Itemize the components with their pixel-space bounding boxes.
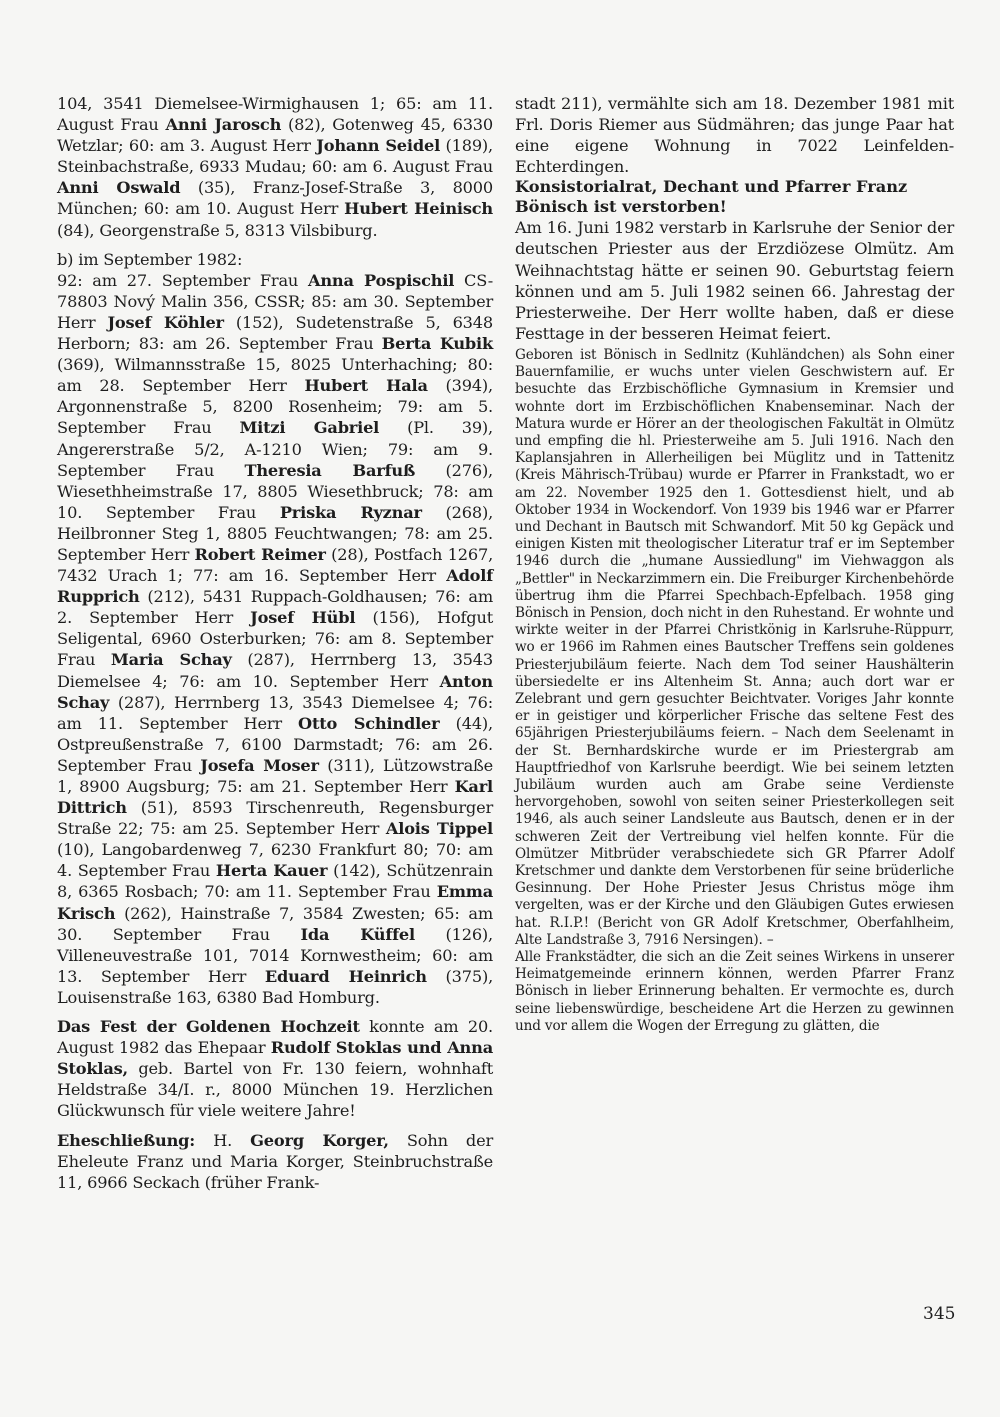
bold-name: Maria Schay <box>111 650 232 669</box>
bold-name: Theresia Barfuß <box>245 461 416 480</box>
marriage-notice: Eheschließung: H. Georg Korger, Sohn der… <box>57 1130 493 1193</box>
september-heading: b) im September 1982: <box>57 249 493 270</box>
page-number: 345 <box>923 1304 955 1324</box>
bold-name: Emma Krisch <box>57 882 493 922</box>
bold-name: Anni Jarosch <box>166 115 282 134</box>
bold-name: Rudolf Stoklas und Anna Stoklas, <box>57 1038 493 1078</box>
bold-name: Karl Dittrich <box>57 777 493 817</box>
august-birthdays-continued: 104, 3541 Diemelsee-Wirmighausen 1; 65: … <box>57 93 493 241</box>
bold-name: Hubert Heinisch <box>344 199 493 218</box>
bold-name: Robert Reimer <box>195 545 326 564</box>
bold-name: Anna Pospischil <box>308 271 454 290</box>
bold-name: Josefa Moser <box>200 756 319 775</box>
september-birthdays: 92: am 27. September Frau Anna Pospischi… <box>57 270 493 1008</box>
bold-name: Josef Hübl <box>250 608 355 627</box>
bold-name: Priska Ryznar <box>280 503 422 522</box>
marriage-notice-continued: stadt 211), vermählte sich am 18. Dezemb… <box>515 93 954 177</box>
obituary-intro: Am 16. Juni 1982 verstarb in Karlsruhe d… <box>515 217 954 344</box>
left-column: 104, 3541 Diemelsee-Wirmighausen 1; 65: … <box>57 93 493 1193</box>
golden-wedding-notice: Das Fest der Goldenen Hochzeit konnte am… <box>57 1016 493 1121</box>
bold-name: Eduard Heinrich <box>265 967 427 986</box>
bold-name: Das Fest der Goldenen Hochzeit <box>57 1017 360 1036</box>
obituary-heading: Konsistorialrat, Dechant und Pfarrer Fra… <box>515 177 954 217</box>
bold-name: Hubert Hala <box>304 376 427 395</box>
bold-name: Josef Köhler <box>107 313 223 332</box>
bold-name: Alois Tippel <box>386 819 493 838</box>
right-column: stadt 211), vermählte sich am 18. Dezemb… <box>515 93 954 1035</box>
bold-name: Berta Kubik <box>382 334 493 353</box>
bold-name: Otto Schindler <box>298 714 439 733</box>
bold-name: Anton Schay <box>57 672 493 712</box>
bold-name: Eheschließung: <box>57 1131 195 1150</box>
bold-name: Herta Kauer <box>216 861 327 880</box>
bold-name: Ida Küffel <box>300 925 415 944</box>
obituary-closing: Alle Frankstädter, die sich an die Zeit … <box>515 949 954 1035</box>
bold-name: Georg Korger, <box>250 1131 389 1150</box>
bold-name: Anni Oswald <box>57 178 180 197</box>
bold-name: Mitzi Gabriel <box>239 418 379 437</box>
bold-name: Adolf Rupprich <box>57 566 493 606</box>
bold-name: Johann Seidel <box>316 136 440 155</box>
obituary-body: Geboren ist Bönisch in Sedlnitz (Kuhländ… <box>515 347 954 949</box>
